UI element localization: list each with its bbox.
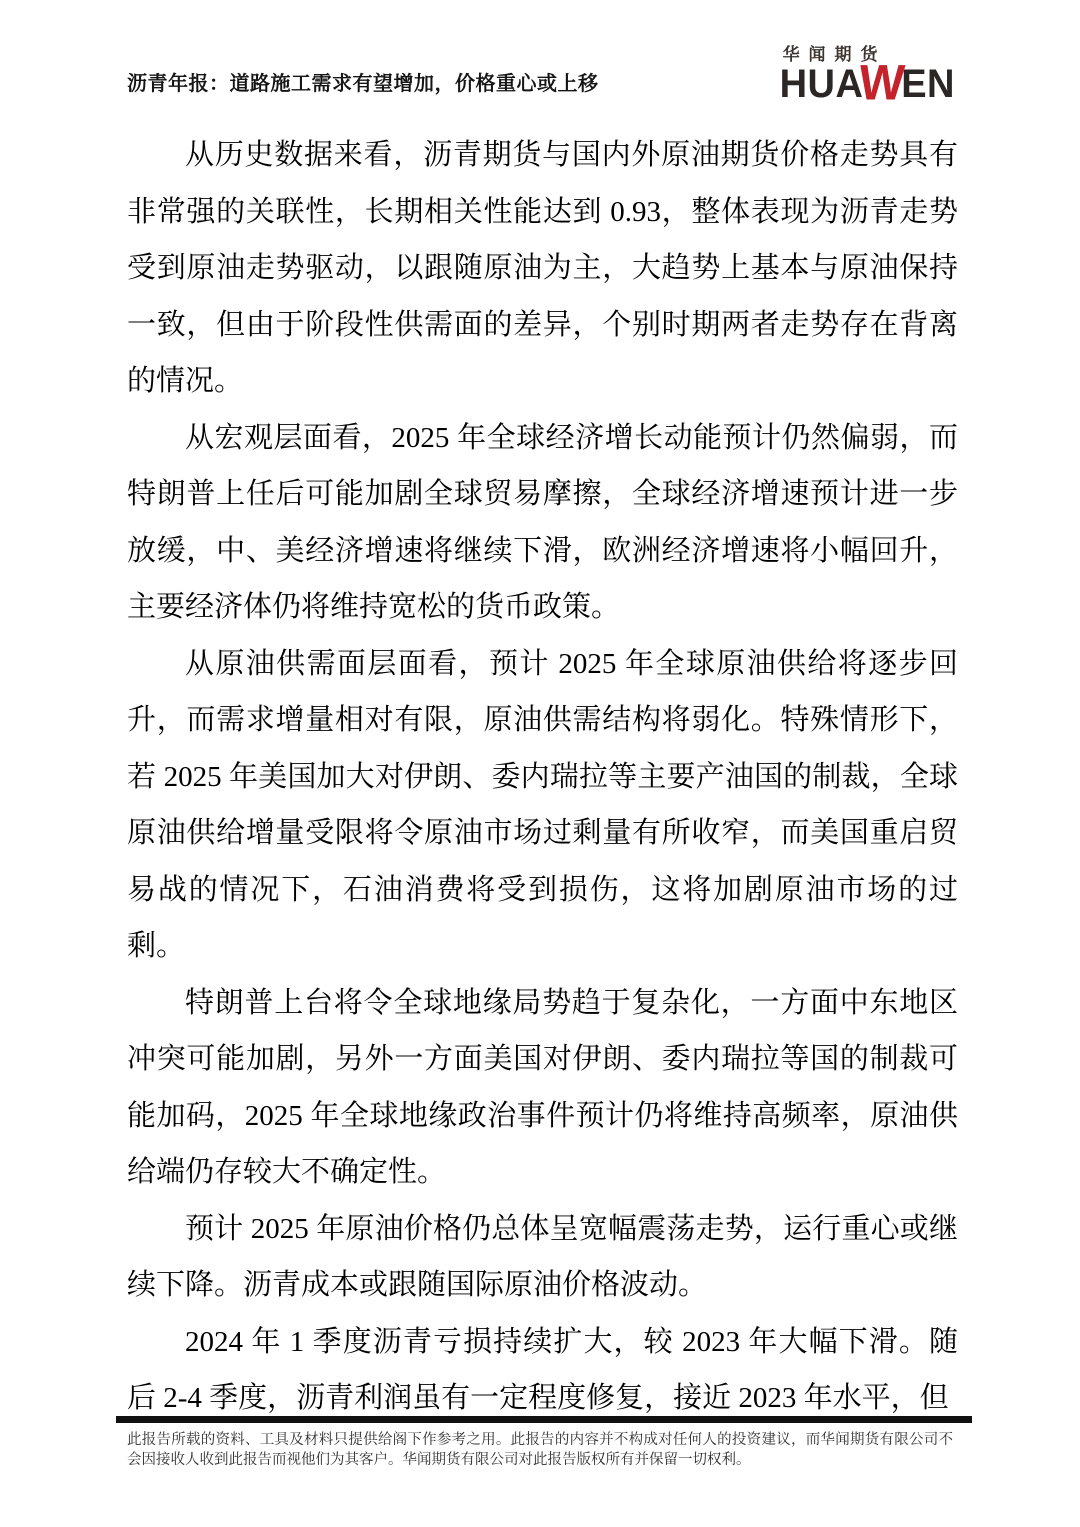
body-paragraph: 从宏观层面看，2025 年全球经济增长动能预计仍然偏弱，而特朗普上任后可能加剧全… bbox=[127, 410, 958, 636]
logo-en-hua: HUA bbox=[780, 63, 864, 107]
report-title: 沥青年报：道路施工需求有望增加，价格重心或上移 bbox=[127, 72, 599, 96]
huawen-logo: 华闻期货 HUAWEN bbox=[780, 46, 955, 103]
body-paragraph: 2024 年 1 季度沥青亏损持续扩大，较 2023 年大幅下滑。随后 2-4 … bbox=[127, 1314, 958, 1427]
footer-disclaimer: 此报告所载的资料、工具及材料只提供给阁下作参考之用。此报告的内容并不构成对任何人… bbox=[127, 1431, 953, 1470]
footer-divider bbox=[116, 1416, 972, 1423]
logo-english-name: HUAWEN bbox=[780, 65, 955, 105]
body-paragraph: 特朗普上台将令全球地缘局势趋于复杂化，一方面中东地区冲突可能加剧，另外一方面美国… bbox=[127, 975, 958, 1201]
body-paragraph: 预计 2025 年原油价格仍总体呈宽幅震荡走势，运行重心或继续下降。沥青成本或跟… bbox=[127, 1201, 958, 1314]
report-page: 沥青年报：道路施工需求有望增加，价格重心或上移 华闻期货 HUAWEN 从历史数… bbox=[0, 0, 1080, 1527]
body-paragraph: 从原油供需面层面看，预计 2025 年全球原油供给将逐步回升，而需求增量相对有限… bbox=[127, 636, 958, 975]
body-paragraph: 从历史数据来看，沥青期货与国内外原油期货价格走势具有非常强的关联性，长期相关性能… bbox=[127, 127, 958, 410]
report-body: 从历史数据来看，沥青期货与国内外原油期货价格走势具有非常强的关联性，长期相关性能… bbox=[127, 127, 958, 1427]
logo-en-en: EN bbox=[901, 63, 955, 107]
